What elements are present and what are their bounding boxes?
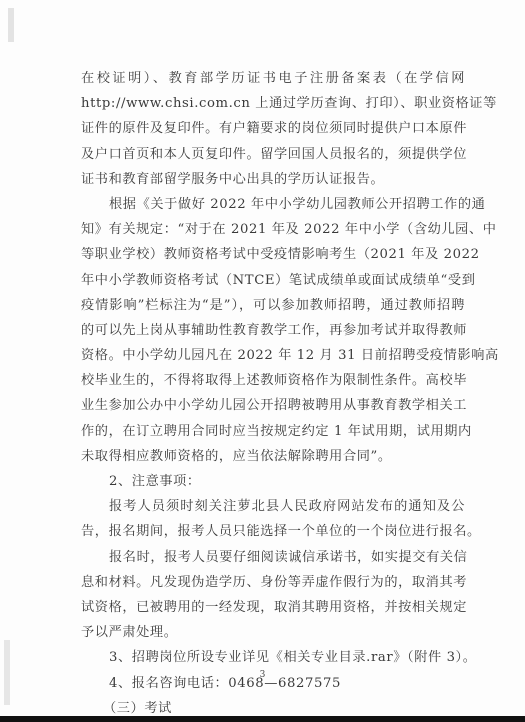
text-line: http://www.chsi.com.cn 上通过学历查询、打印）、职业资格证…: [81, 91, 465, 116]
document-page: 在校证明）、教育部学历证书电子注册备案表（在学信网 http://www.chs…: [0, 0, 525, 716]
section-heading: 2、注意事项：: [81, 469, 465, 494]
text-line: 试资格，已被聘用的一经发现，取消其聘用资格，并按相关规定: [81, 595, 465, 620]
text-line: 业生参加公办中小学幼儿园公开招聘被聘用从事教育教学相关工: [81, 393, 465, 418]
text-line: 报名时，报考人员要仔细阅读诚信承诺书，如实提交有关信: [81, 545, 465, 570]
text-line: 告，报名期间，报考人员只能选择一个单位的一个岗位进行报名。: [81, 519, 465, 544]
text-line: 在校证明）、教育部学历证书电子注册备案表（在学信网: [81, 66, 465, 91]
text-line: 予以严肃处理。: [81, 620, 465, 645]
text-line: 年中小学教师资格考试（NTCE）笔试成绩单或面试成绩单“受到: [81, 268, 465, 293]
text-line: 息和材料。凡发现伪造学历、身份等弄虚作假行为的，取消其考: [81, 570, 465, 595]
text-line: 未取得相应教师资格的，应当依法解除聘用合同”。: [81, 444, 465, 469]
text-line: 校毕业生的，不得将取得上述教师资格作为限制性条件。高校毕: [81, 368, 465, 393]
text-line: 疫情影响”栏标注为“是”），可以参加教师招聘，通过教师招聘: [81, 293, 465, 318]
list-item: 3、招聘岗位所设专业详见《相关专业目录.rar》（附件 3）。: [81, 645, 465, 670]
document-body: 在校证明）、教育部学历证书电子注册备案表（在学信网 http://www.chs…: [81, 66, 465, 721]
text-line: 及户口首页和本人页复印件。留学回国人员报名的，须提供学位: [81, 142, 465, 167]
text-line: 证件的原件及复印件。有户籍要求的岗位须同时提供户口本原件: [81, 116, 465, 141]
text-line: 资格。中小学幼儿园凡在 2022 年 12 月 31 日前招聘受疫情影响高: [81, 343, 465, 368]
text-line: 等职业学校）教师资格考试中受疫情影响考生（2021 年及 2022: [81, 242, 465, 267]
text-line: 报考人员须时刻关注萝北县人民政府网站发布的通知及公: [81, 494, 465, 519]
text-line: 知》有关规定：“对于在 2021 年及 2022 年中小学（含幼儿园、中: [81, 217, 465, 242]
page-number: 3: [0, 670, 525, 680]
text-line: 根据《关于做好 2022 年中小学幼儿园教师公开招聘工作的通: [81, 192, 465, 217]
scan-edge-shadow: [8, 8, 14, 42]
bottom-border: [0, 716, 525, 722]
text-line: 证书和教育部留学服务中心出具的学历认证报告。: [81, 167, 465, 192]
text-line: 作的，在订立聘用合同时应当按规定约定 1 年试用期，试用期内: [81, 419, 465, 444]
text-line: 的可以先上岗从事辅助性教育教学工作，再参加考试并取得教师: [81, 318, 465, 343]
